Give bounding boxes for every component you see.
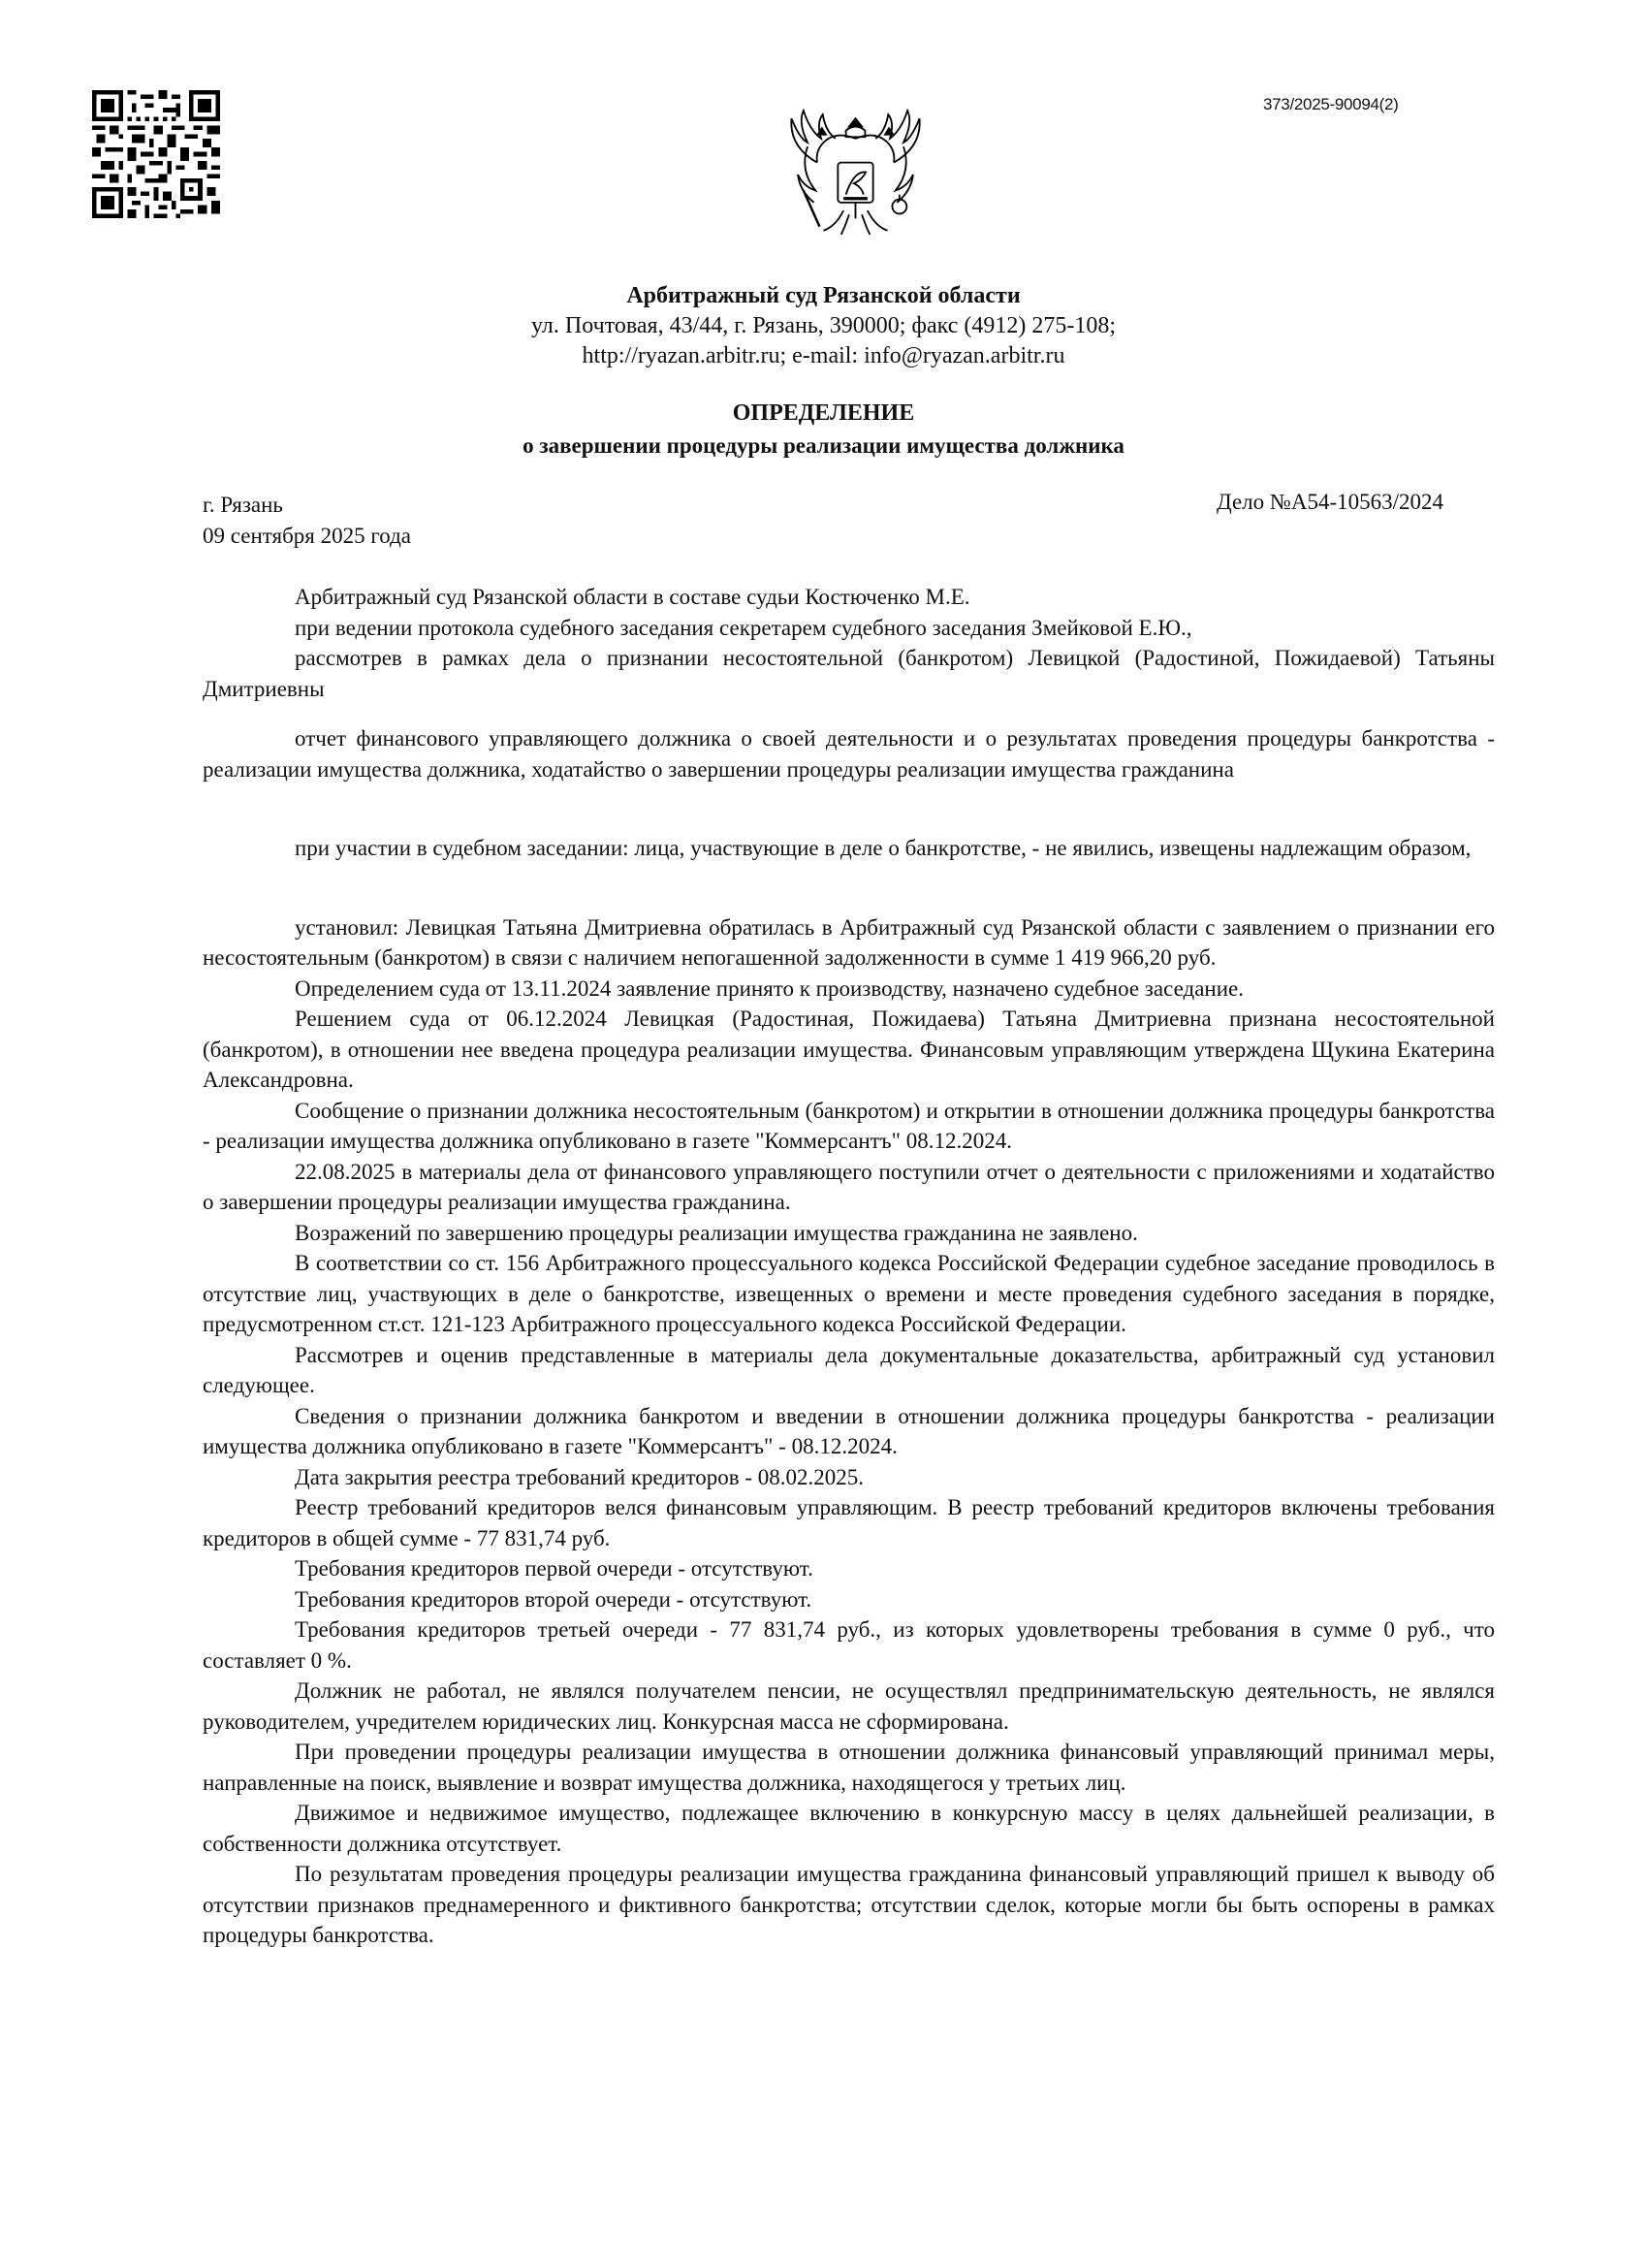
paragraph: рассмотрев в рамках дела о признании нес… [203, 643, 1495, 704]
qr-code-icon [92, 90, 220, 218]
court-address: ул. Почтовая, 43/44, г. Рязань, 390000; … [0, 311, 1647, 341]
title-main: ОПРЕДЕЛЕНИЕ [0, 398, 1647, 430]
paragraph: При проведении процедуры реализации имущ… [203, 1737, 1495, 1798]
paragraph: Решением суда от 06.12.2024 Левицкая (Ра… [203, 1004, 1495, 1096]
paragraph: Рассмотрев и оценив представленные в мат… [203, 1340, 1495, 1401]
document-number: 373/2025-90094(2) [1263, 95, 1399, 114]
paragraph: отчет финансового управляющего должника … [203, 723, 1495, 784]
paragraph: Требования кредиторов второй очереди - о… [203, 1584, 1495, 1615]
court-header: Арбитражный суд Рязанской области ул. По… [0, 281, 1647, 371]
paragraph: при участии в судебном заседании: лица, … [203, 833, 1495, 864]
decision-date: 09 сентября 2025 года [203, 521, 411, 552]
document-body: Арбитражный суд Рязанской области в сост… [203, 582, 1495, 1951]
paragraph: Сведения о признании должника банкротом … [203, 1401, 1495, 1462]
document-title: ОПРЕДЕЛЕНИЕ о завершении процедуры реали… [0, 398, 1647, 462]
court-name: Арбитражный суд Рязанской области [0, 281, 1647, 311]
court-contacts: http://ryazan.arbitr.ru; e-mail: info@ry… [0, 341, 1647, 371]
paragraph: Возражений по завершению процедуры реали… [203, 1218, 1495, 1249]
paragraph: По результатам проведения процедуры реал… [203, 1859, 1495, 1951]
paragraph: установил: Левицкая Татьяна Дмитриевна о… [203, 912, 1495, 974]
paragraph: Должник не работал, не являлся получател… [203, 1676, 1495, 1737]
paragraph: Движимое и недвижимое имущество, подлежа… [203, 1798, 1495, 1859]
case-number: Дело №А54-10563/2024 [1217, 490, 1443, 515]
spacer [203, 864, 1495, 912]
paragraph: Сообщение о признании должника несостоят… [203, 1096, 1495, 1157]
paragraph: Требования кредиторов первой очереди - о… [203, 1553, 1495, 1584]
city: г. Рязань [203, 490, 411, 521]
paragraph: Определением суда от 13.11.2024 заявлени… [203, 974, 1495, 1005]
place-and-date: г. Рязань 09 сентября 2025 года [203, 490, 411, 552]
paragraph: 22.08.2025 в материалы дела от финансово… [203, 1157, 1495, 1218]
paragraph: Требования кредиторов третьей очереди - … [203, 1614, 1495, 1676]
spacer [203, 784, 1495, 833]
russian-coat-of-arms-icon [776, 102, 935, 247]
title-subtitle: о завершении процедуры реализации имущес… [0, 430, 1647, 462]
faded-line [203, 704, 1495, 723]
paragraph: Арбитражный суд Рязанской области в сост… [203, 582, 1495, 613]
paragraph: В соответствии со ст. 156 Арбитражного п… [203, 1248, 1495, 1340]
paragraph: Реестр требований кредиторов велся финан… [203, 1492, 1495, 1553]
paragraph: при ведении протокола судебного заседани… [203, 613, 1495, 644]
paragraph: Дата закрытия реестра требований кредито… [203, 1462, 1495, 1493]
